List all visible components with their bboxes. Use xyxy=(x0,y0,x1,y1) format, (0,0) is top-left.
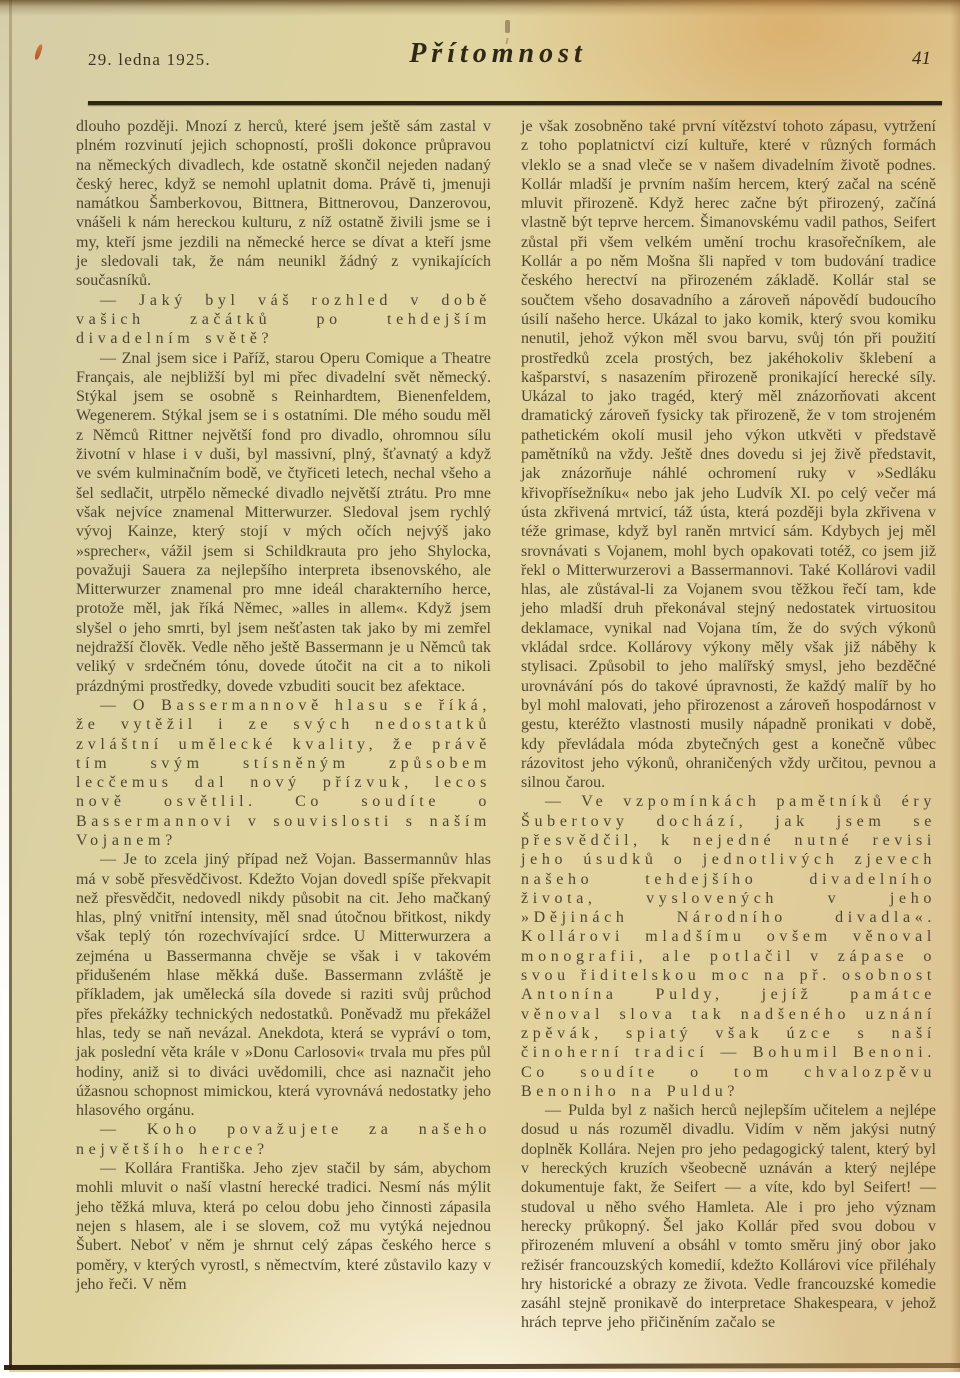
text-column-right: je však zosobněno také první vítězství t… xyxy=(521,117,936,1333)
text-column-left: dlouho později. Mnozí z herců, které jse… xyxy=(76,117,491,1294)
ink-mark xyxy=(505,20,510,33)
interview-question: — Ve vzpomínkách pamětníků éry Šubertovy… xyxy=(521,792,936,1101)
interview-answer: — Kollára Františka. Jeho zjev stačil by… xyxy=(76,1159,491,1294)
page-number: 41 xyxy=(912,48,931,70)
interview-question: — O Bassermannově hlasu se říká, že vytě… xyxy=(76,696,491,850)
interview-answer: — Je to zcela jiný případ než Vojan. Bas… xyxy=(76,850,491,1120)
magazine-title: Přítomnost xyxy=(373,38,623,70)
paragraph-continuation: dlouho později. Mnozí z herců, které jse… xyxy=(76,117,491,291)
magazine-page: 29. ledna 1925. Přítomnost 41 dlouho poz… xyxy=(0,0,960,1372)
page-edge-left-white xyxy=(0,0,9,1372)
issue-date: 29. ledna 1925. xyxy=(88,50,211,70)
interview-answer: — Znal jsem sice i Paříž, starou Operu C… xyxy=(76,349,491,696)
interview-question: — Jaký byl váš rozhled v době vašich zač… xyxy=(76,291,491,349)
interview-question: — Koho považujete za našeho největšího h… xyxy=(76,1120,491,1159)
page-edge-bottom-line xyxy=(4,1363,960,1370)
paragraph-continuation: je však zosobněno také první vítězství t… xyxy=(521,117,936,792)
interview-answer: — Pulda byl z našich herců nejlepším uči… xyxy=(521,1101,936,1333)
red-paint-fleck xyxy=(34,44,44,61)
page-edge-right-shade xyxy=(950,0,960,1372)
page-edge-left-line xyxy=(9,0,12,1368)
header-rule xyxy=(88,101,942,105)
